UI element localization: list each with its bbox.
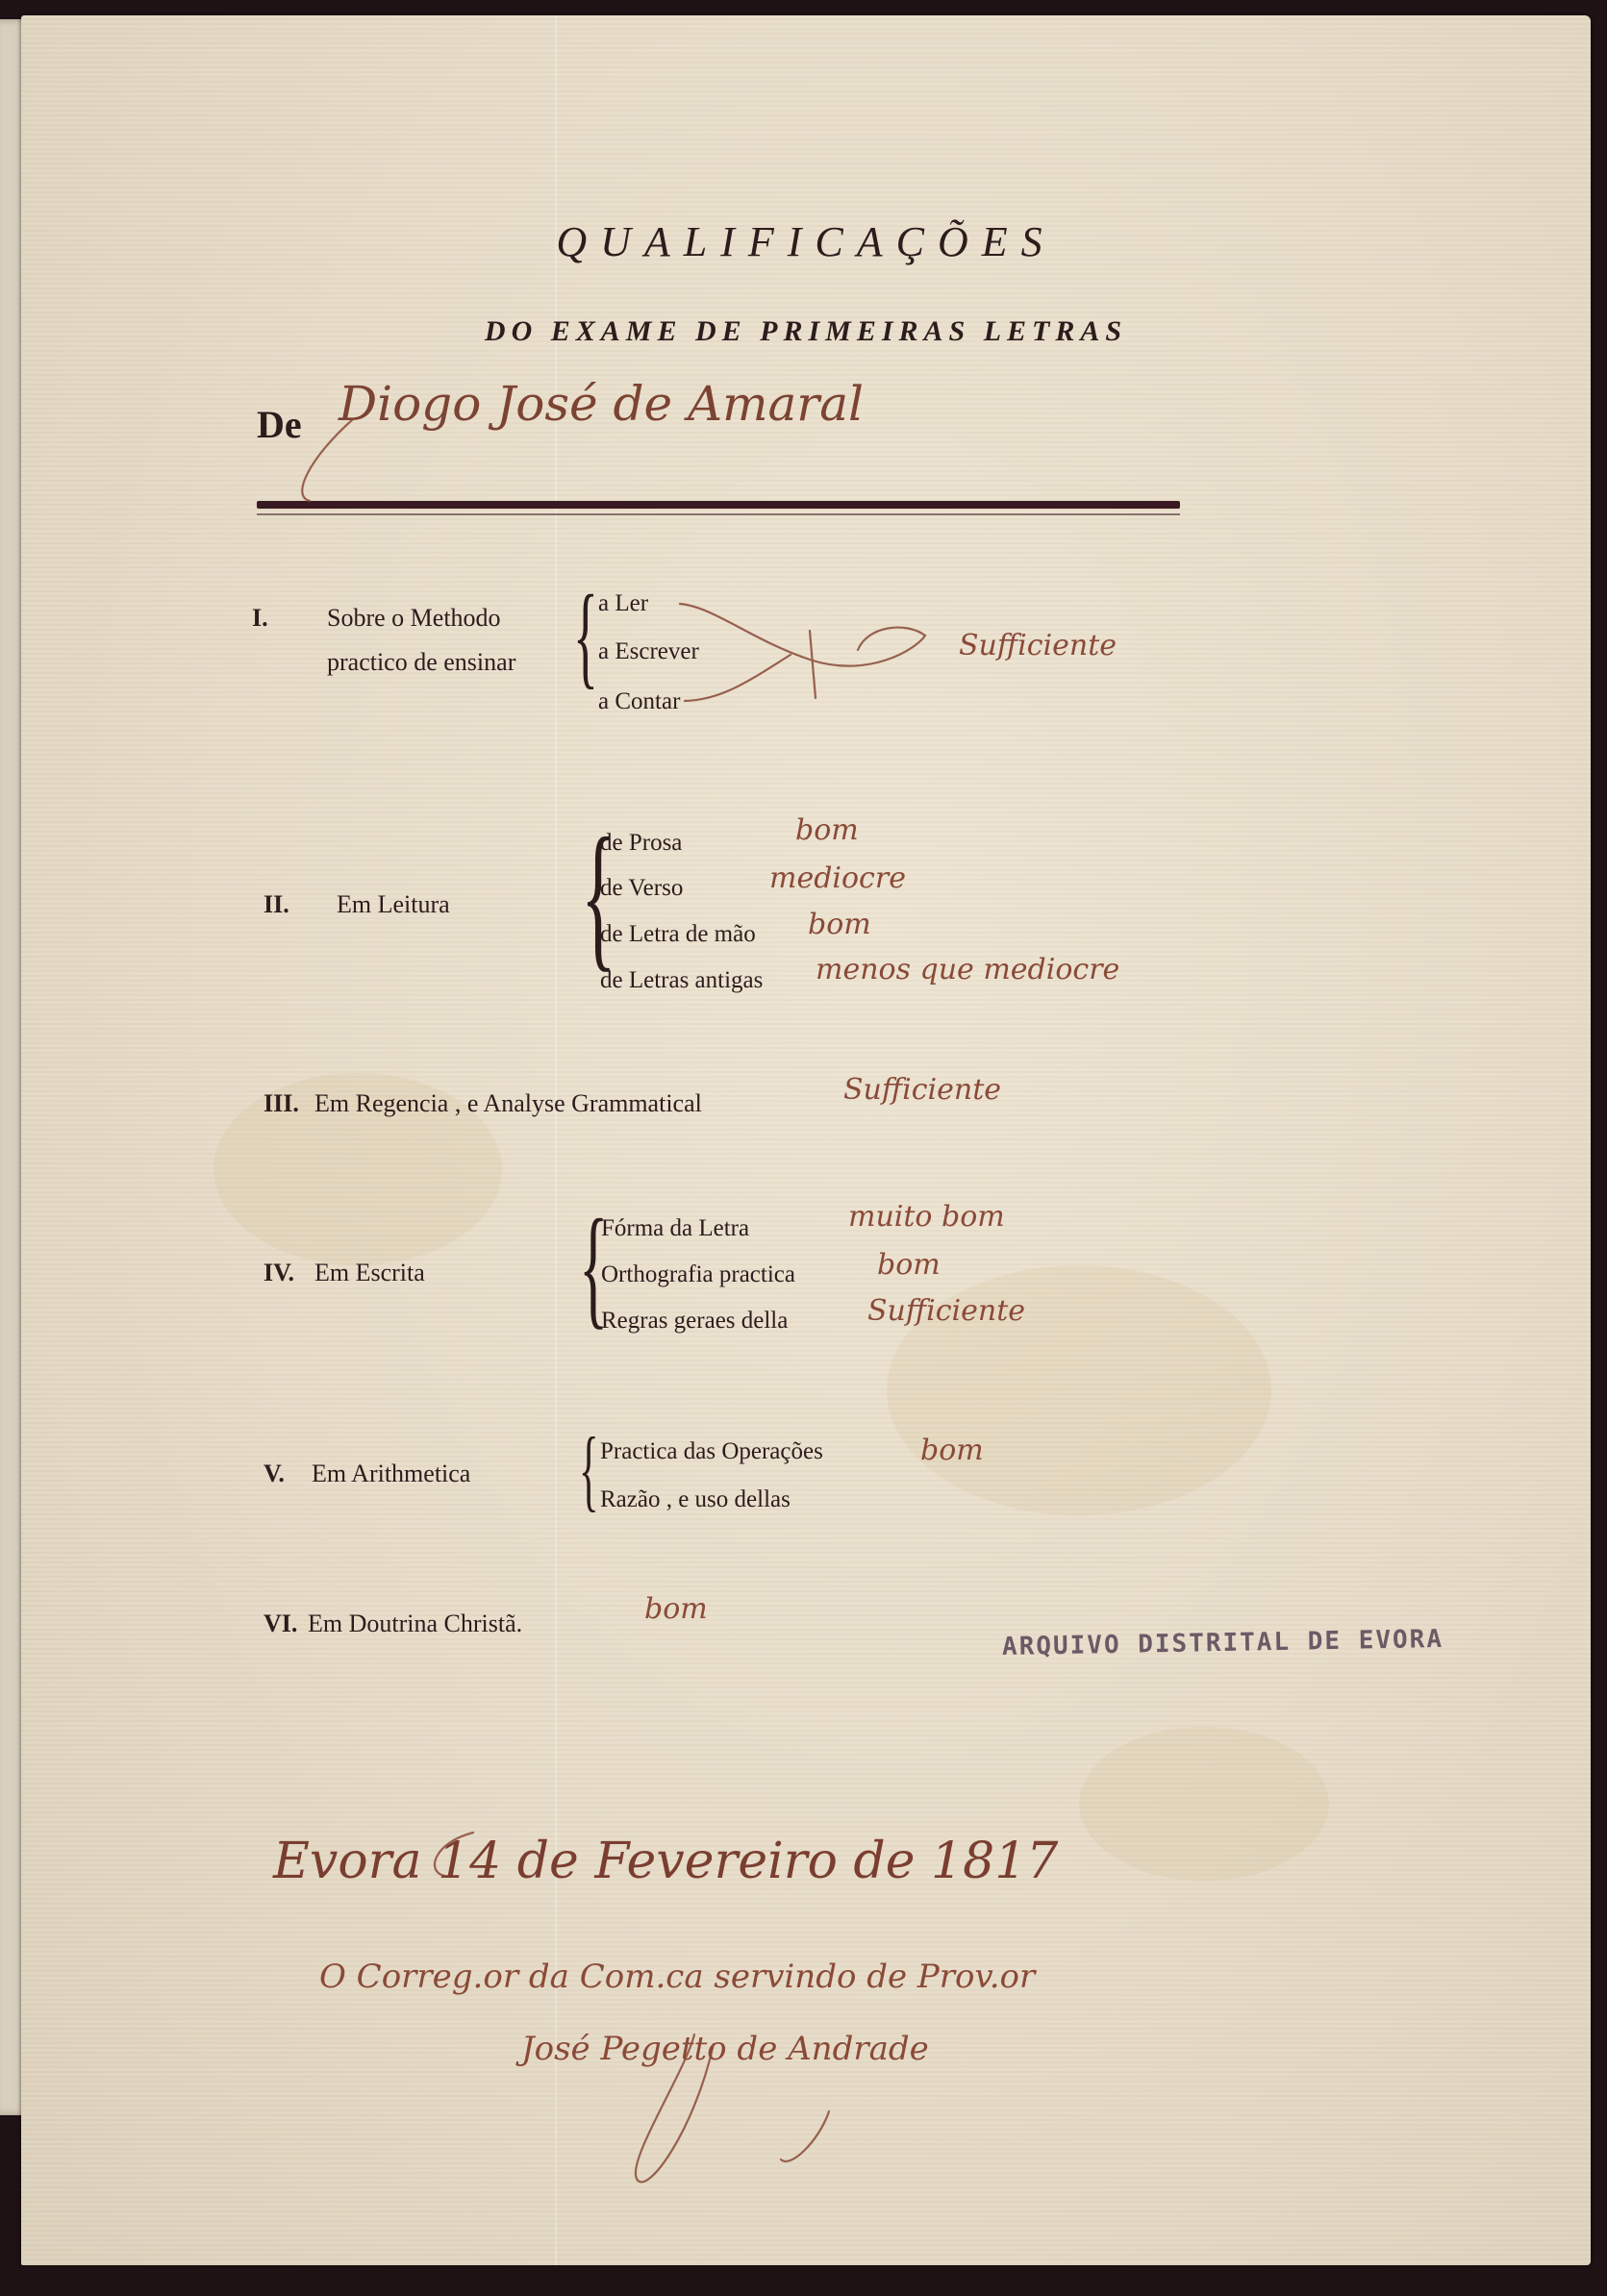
signature-flourish-2: [781, 2111, 829, 2161]
name-flourish: [302, 419, 353, 501]
handwritten-strokes: [21, 15, 1591, 2265]
section-1-connector-ler: [680, 604, 925, 666]
signature-flourish: [636, 2034, 714, 2182]
section-1-stroke: [810, 631, 816, 698]
date-flourish: [435, 1833, 473, 1876]
section-1-connector-contar: [685, 655, 791, 701]
document-page: QUALIFICAÇÕES DO EXAME DE PRIMEIRAS LETR…: [21, 15, 1591, 2265]
